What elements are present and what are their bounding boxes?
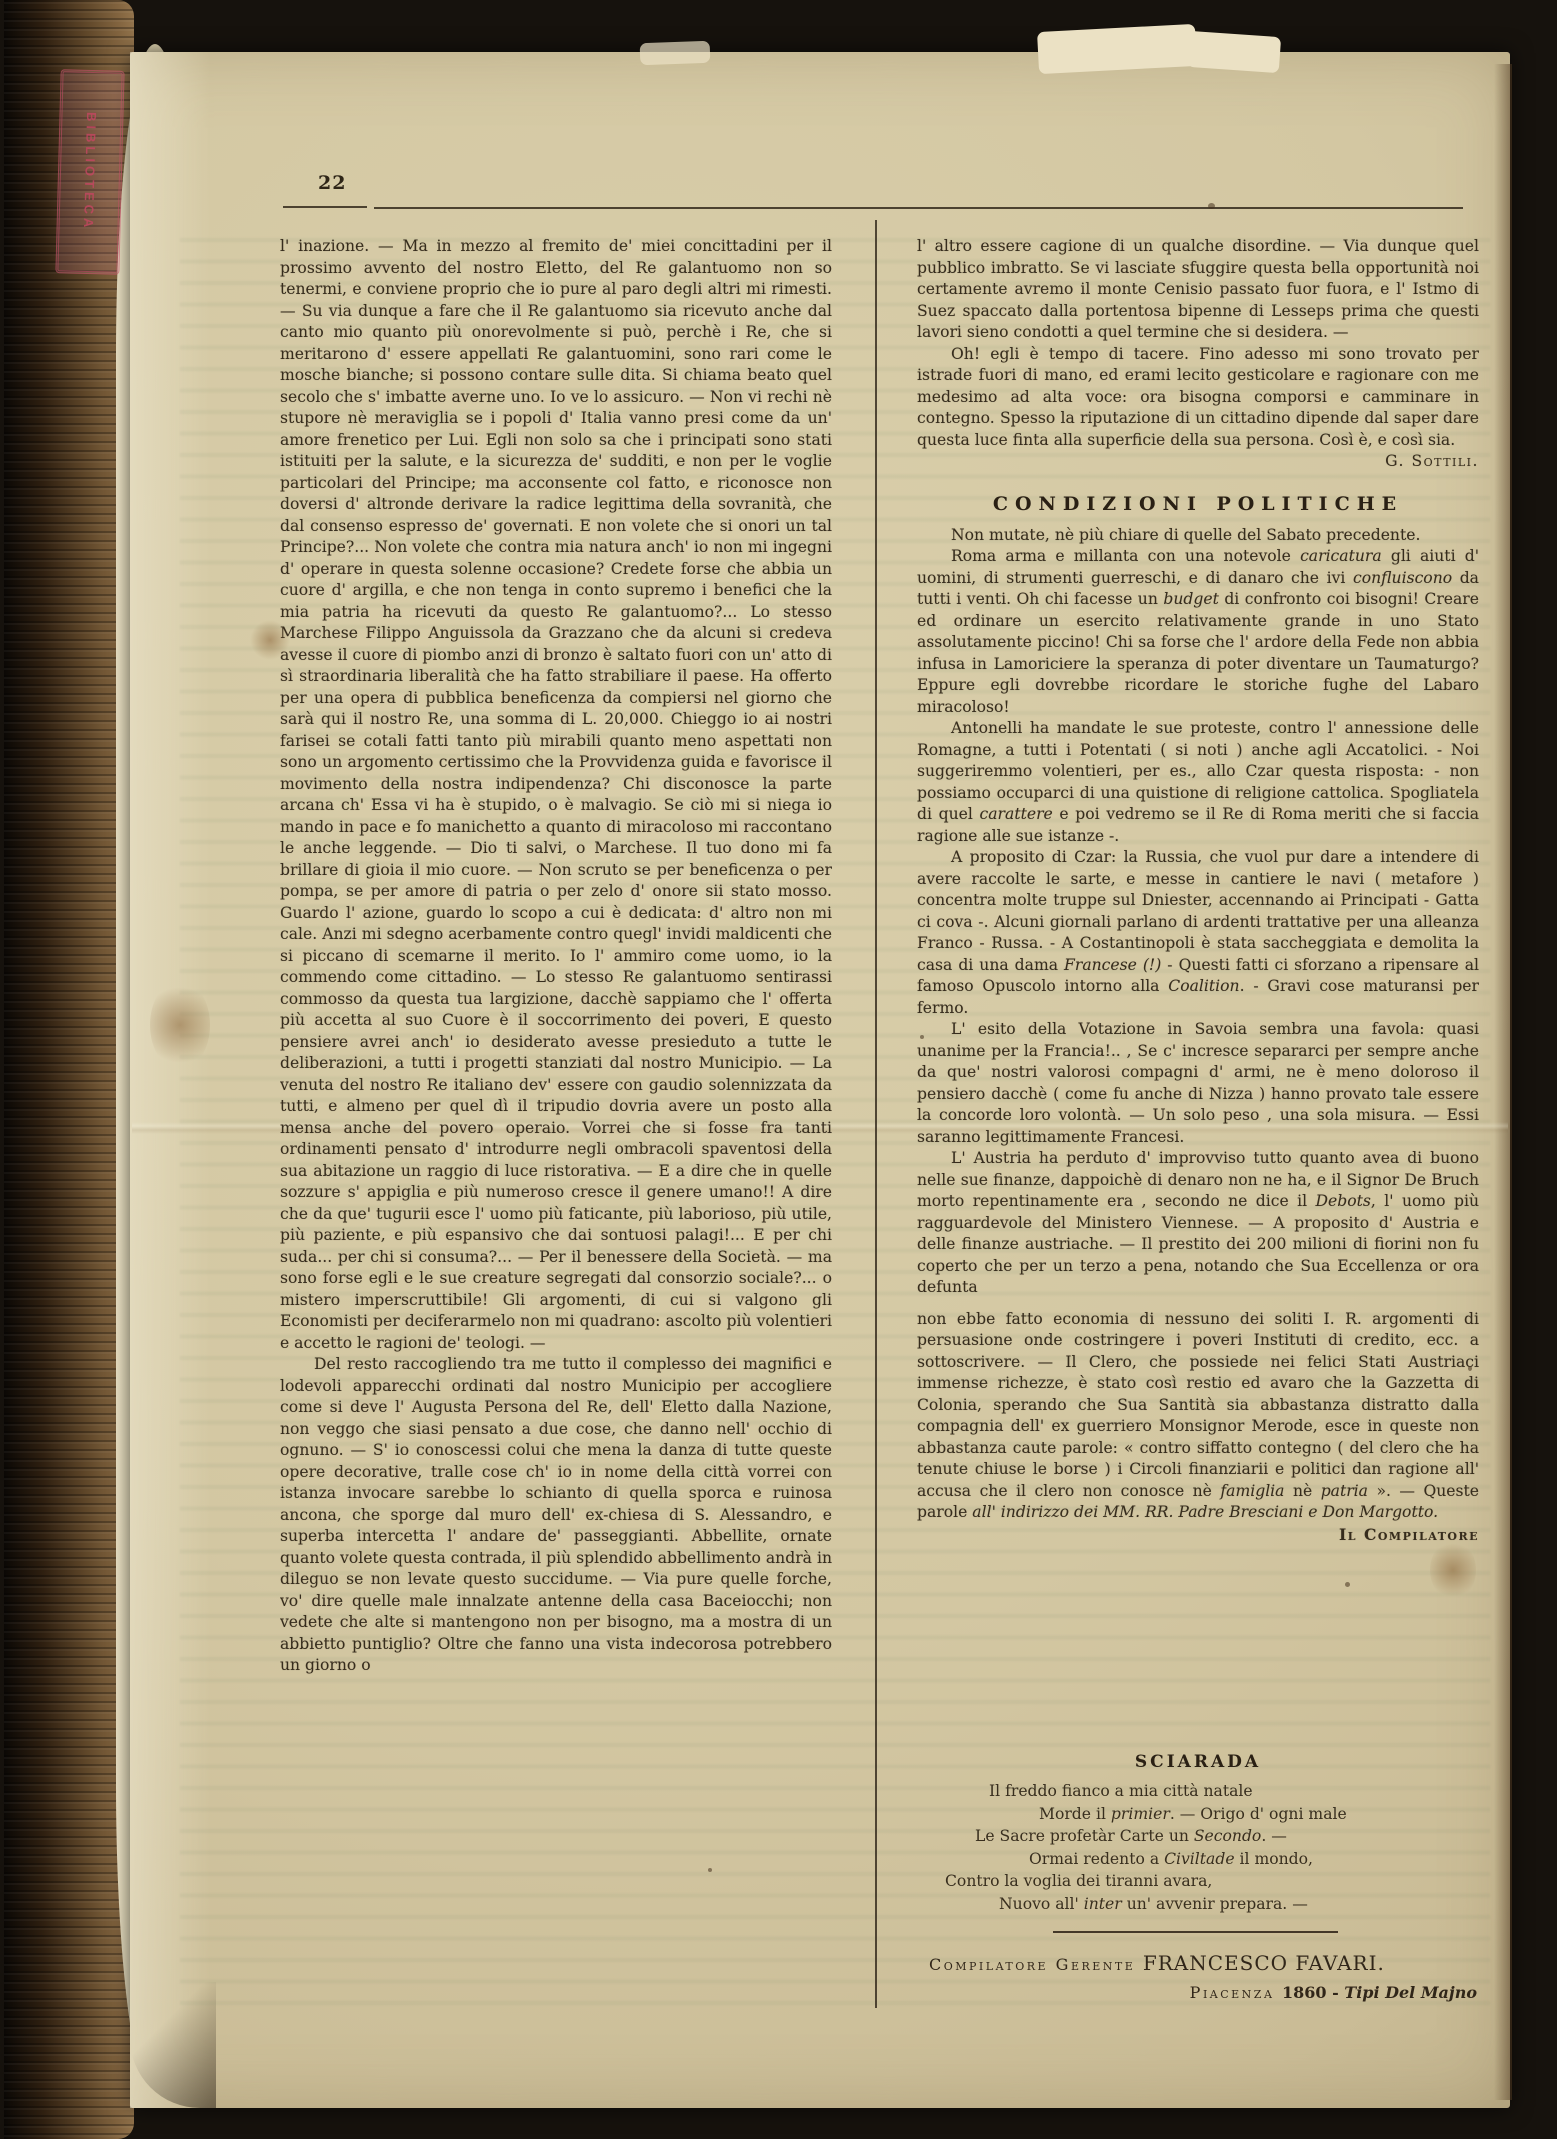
fox-stain [1430,1540,1476,1600]
footer-imprint: Piacenza 1860 - Tipi Del Majno [917,1983,1479,2002]
text-run: Francese (!) [1064,956,1161,974]
poem-line: Le Sacre profetàr Carte un Secondo. — [917,1825,1479,1848]
text-run: patria [1321,1482,1368,1500]
text-run: Secondo [1194,1827,1261,1845]
paragraph: l' altro essere cagione di un qualche di… [917,236,1479,344]
text-run: Tipi Del Majno [1344,1983,1477,2002]
torn-paper-fragment [1187,31,1281,73]
paragraph: l' inazione. — Ma in mezzo al fremito de… [280,236,832,1354]
text-run: FRANCESCO FAVARI. [1143,1951,1385,1975]
paragraph: Roma arma e millanta con una notevole ca… [917,546,1479,718]
section-title-condizioni-politiche: CONDIZIONI POLITICHE [917,493,1479,515]
footer-compilatore: Compilatore Gerente FRANCESCO FAVARI. [917,1951,1479,1975]
sciarada-poem: Il freddo fianco a mia città nataleMorde… [917,1780,1479,1915]
text-run: caricatura [1300,547,1382,565]
text-run: 1860 - [1282,1983,1344,2002]
paper-left-highlight [130,52,210,2108]
sciarada-title: SCIARADA [917,1752,1479,1772]
text-run: famiglia [1220,1482,1284,1500]
text-run: Piacenza [1190,1983,1282,2002]
poem-line: Ormai redento a Civiltade il mondo, [917,1848,1479,1871]
paper-right-edge [1494,64,1512,2100]
paragraph: L' Austria ha perduto d' improvviso tutt… [917,1148,1479,1299]
text-run: carattere [980,805,1053,823]
text-run: Debots [1316,1192,1371,1210]
scanned-newspaper-page: BIBLIOTECA 22 l' inazione. — Ma in mezzo… [0,0,1557,2139]
ink-speck [1468,1366,1472,1371]
header-rule [283,206,367,208]
poem-line: Nuovo all' inter un' avvenir prepara. — [917,1893,1479,1916]
poem-line: Morde il primier. — Origo d' ogni male [917,1803,1479,1826]
paragraph: A proposito di Czar: la Russia, che vuol… [917,847,1479,1019]
text-run: budget [1163,590,1218,608]
text-run: all' indirizzo dei MM. RR. Padre Brescia… [972,1503,1438,1521]
fox-stain [250,620,290,660]
library-stamp: BIBLIOTECA [55,69,124,275]
torn-paper-fragment [640,41,711,65]
politics-section: Non mutate, nè più chiare di quelle del … [917,525,1479,1546]
poem-line: Il freddo fianco a mia città natale [917,1780,1479,1803]
text-run: Coalition [1168,977,1239,995]
text-run: Compilatore Gerente [929,1955,1143,1974]
header-rule [374,207,1463,209]
paragraph: Del resto raccogliendo tra me tutto il c… [280,1354,832,1677]
library-stamp-text: BIBLIOTECA [81,112,99,232]
ink-speck [708,1868,712,1872]
text-run: Civiltade [1164,1850,1234,1868]
text-run: confluiscono [1353,569,1452,587]
ink-speck [1345,1582,1350,1587]
poem-line: Contro la voglia dei tiranni avara, [917,1870,1479,1893]
paragraph: L' esito della Votazione in Savoia sembr… [917,1019,1479,1148]
paragraph: non ebbe fatto economia di nessuno dei s… [917,1309,1479,1524]
fox-stain [150,980,210,1070]
left-column: l' inazione. — Ma in mezzo al fremito de… [280,236,832,1988]
paragraph: Non mutate, nè più chiare di quelle del … [917,525,1479,547]
page-number: 22 [318,172,346,194]
ink-speck [920,1035,924,1039]
text-run: primier [1111,1805,1170,1823]
book-spine-edge [4,0,134,2139]
ink-speck [1208,203,1215,209]
right-column: l' altro essere cagione di un qualche di… [917,236,1479,2002]
paragraph: Oh! egli è tempo di tacere. Fino adesso … [917,344,1479,452]
column-spacer [917,1545,1479,1738]
paragraph: Antonelli ha mandate le sue proteste, co… [917,718,1479,847]
footer-rule [1053,1931,1338,1933]
text-run: inter [1084,1895,1122,1913]
article-continuation: l' altro essere cagione di un qualche di… [917,236,1479,473]
text-run: G. Sottili. [1337,451,1479,473]
torn-paper-fragment [1037,24,1197,74]
column-divider [875,220,877,2008]
